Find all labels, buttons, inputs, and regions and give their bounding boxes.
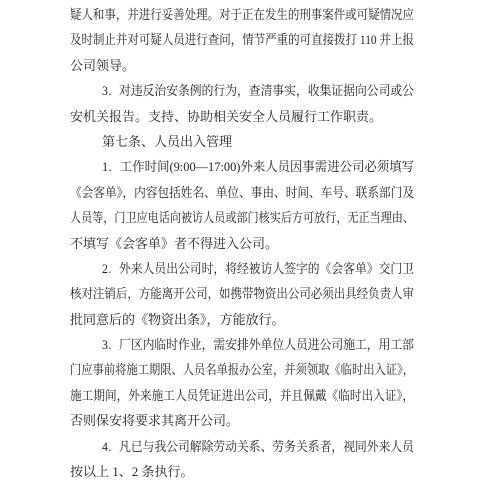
doc-line: 批同意后的《物资出条》，方能放行。 bbox=[70, 307, 414, 332]
doc-line: 公司领导。 bbox=[70, 53, 414, 78]
doc-line-content: 施工期间，外来施工人员凭证进出公司，并且佩戴《临时出入证》， bbox=[70, 383, 414, 408]
doc-line: 不填写《会客单》者不得进入公司。 bbox=[70, 231, 414, 256]
doc-line: 3.厂区内临时作业，需安排外单位人员进公司施工，用工部 bbox=[70, 332, 414, 357]
doc-line-content: 安机关报告。支持、协助相关安全人员履行工作职责。 bbox=[70, 104, 382, 129]
section-heading-text: 第七条、人员出入管理 bbox=[102, 134, 232, 149]
doc-line-text: 公司领导。 bbox=[70, 58, 135, 73]
doc-line: 否则保安将要求其离开公司。 bbox=[70, 408, 414, 433]
doc-line-text: 对违反治安条例的行为，查清事实，收集证据向公司或公 bbox=[119, 83, 414, 98]
doc-line: 1.工作时间(9:00—17:00)外来人员因事需进公司必须填写 bbox=[70, 154, 414, 179]
doc-line-content: 不填写《会客单》者不得进入公司。 bbox=[70, 231, 278, 256]
doc-line-text: 人员等，门卫应电话向被访人员或部门核实后方可放行，无正当理由、 bbox=[70, 210, 414, 225]
doc-line-content: 《会客单》，内容包括姓名、单位、事由、时间、车号、联系部门及 bbox=[70, 180, 414, 205]
document-page: 疑人和事，并进行妥善处理。对于正在发生的刑事案件或可疑情况应 及时制止并对可疑人… bbox=[0, 0, 480, 480]
doc-line-text: 《会客单》，内容包括姓名、单位、事由、时间、车号、联系部门及 bbox=[70, 185, 414, 200]
doc-line-content: 及时制止并对可疑人员进行查问，情节严重的可直接拨打 110 并上报 bbox=[70, 27, 414, 52]
list-number: 1. bbox=[102, 159, 112, 174]
doc-line-content: 1.工作时间(9:00—17:00)外来人员因事需进公司必须填写 bbox=[102, 154, 414, 179]
doc-line-content: 3.对违反治安条例的行为，查清事实，收集证据向公司或公 bbox=[102, 78, 414, 103]
doc-line-text: 及时制止并对可疑人员进行查问，情节严重的可直接拨打 110 并上报 bbox=[70, 32, 414, 47]
doc-line: 核对注销后，方能离开公司，如携带物资出公司必须出具经负责人审 bbox=[70, 281, 414, 306]
section-heading: 第七条、人员出入管理 bbox=[70, 129, 414, 154]
doc-line-text: 批同意后的《物资出条》，方能放行。 bbox=[70, 312, 285, 327]
doc-line-content: 3.厂区内临时作业，需安排外单位人员进公司施工，用工部 bbox=[102, 332, 414, 357]
doc-line: 门应事前将施工期限、人员名单报办公室，并须领取《临时出入证》， bbox=[70, 357, 414, 382]
doc-line-content: 否则保安将要求其离开公司。 bbox=[70, 408, 239, 433]
doc-line-text: 工作时间(9:00—17:00)外来人员因事需进公司必须填写 bbox=[120, 159, 414, 174]
doc-line: 疑人和事，并进行妥善处理。对于正在发生的刑事案件或可疑情况应 bbox=[70, 2, 414, 27]
doc-line-content: 按以上 1、2 条执行。 bbox=[70, 459, 194, 480]
doc-line: 安机关报告。支持、协助相关安全人员履行工作职责。 bbox=[70, 104, 414, 129]
doc-line-content: 核对注销后，方能离开公司，如携带物资出公司必须出具经负责人审 bbox=[70, 281, 414, 306]
doc-line-text: 疑人和事，并进行妥善处理。对于正在发生的刑事案件或可疑情况应 bbox=[70, 7, 414, 22]
doc-line: 按以上 1、2 条执行。 bbox=[70, 459, 414, 480]
doc-line-text: 按以上 1、2 条执行。 bbox=[70, 464, 194, 479]
doc-line-text: 安机关报告。支持、协助相关安全人员履行工作职责。 bbox=[70, 109, 382, 124]
doc-line: 3.对违反治安条例的行为，查清事实，收集证据向公司或公 bbox=[70, 78, 414, 103]
list-number: 3. bbox=[102, 83, 112, 98]
doc-line: 4.凡已与我公司解除劳动关系、劳务关系者，视同外来人员 bbox=[70, 434, 414, 459]
list-number: 2. bbox=[102, 261, 112, 276]
doc-line-text: 厂区内临时作业，需安排外单位人员进公司施工，用工部 bbox=[119, 337, 414, 352]
doc-line-text: 不填写《会客单》者不得进入公司。 bbox=[70, 236, 278, 251]
doc-line-text: 外来人员出公司时，将经被访人签字的《会客单》交门卫 bbox=[119, 261, 414, 276]
doc-line-text: 施工期间，外来施工人员凭证进出公司，并且佩戴《临时出入证》， bbox=[70, 388, 414, 403]
doc-line-content: 第七条、人员出入管理 bbox=[102, 129, 232, 154]
doc-line: 《会客单》，内容包括姓名、单位、事由、时间、车号、联系部门及 bbox=[70, 180, 414, 205]
doc-line-text: 门应事前将施工期限、人员名单报办公室，并须领取《临时出入证》， bbox=[70, 362, 414, 377]
doc-line-content: 4.凡已与我公司解除劳动关系、劳务关系者，视同外来人员 bbox=[102, 434, 414, 459]
doc-line-text: 否则保安将要求其离开公司。 bbox=[70, 413, 239, 428]
list-number: 3. bbox=[102, 337, 112, 352]
doc-line: 2.外来人员出公司时，将经被访人签字的《会客单》交门卫 bbox=[70, 256, 414, 281]
doc-line-content: 人员等，门卫应电话向被访人员或部门核实后方可放行，无正当理由、 bbox=[70, 205, 414, 230]
doc-line-text: 核对注销后，方能离开公司，如携带物资出公司必须出具经负责人审 bbox=[70, 286, 414, 301]
doc-line-content: 2.外来人员出公司时，将经被访人签字的《会客单》交门卫 bbox=[102, 256, 414, 281]
doc-line-content: 公司领导。 bbox=[70, 53, 135, 78]
doc-line-content: 批同意后的《物资出条》，方能放行。 bbox=[70, 307, 285, 332]
doc-line-content: 疑人和事，并进行妥善处理。对于正在发生的刑事案件或可疑情况应 bbox=[70, 2, 414, 27]
doc-line-text: 凡已与我公司解除劳动关系、劳务关系者，视同外来人员 bbox=[119, 439, 414, 454]
doc-line: 及时制止并对可疑人员进行查问，情节严重的可直接拨打 110 并上报 bbox=[70, 27, 414, 52]
list-number: 4. bbox=[102, 439, 112, 454]
doc-line: 人员等，门卫应电话向被访人员或部门核实后方可放行，无正当理由、 bbox=[70, 205, 414, 230]
doc-line: 施工期间，外来施工人员凭证进出公司，并且佩戴《临时出入证》， bbox=[70, 383, 414, 408]
doc-line-content: 门应事前将施工期限、人员名单报办公室，并须领取《临时出入证》， bbox=[70, 357, 414, 382]
